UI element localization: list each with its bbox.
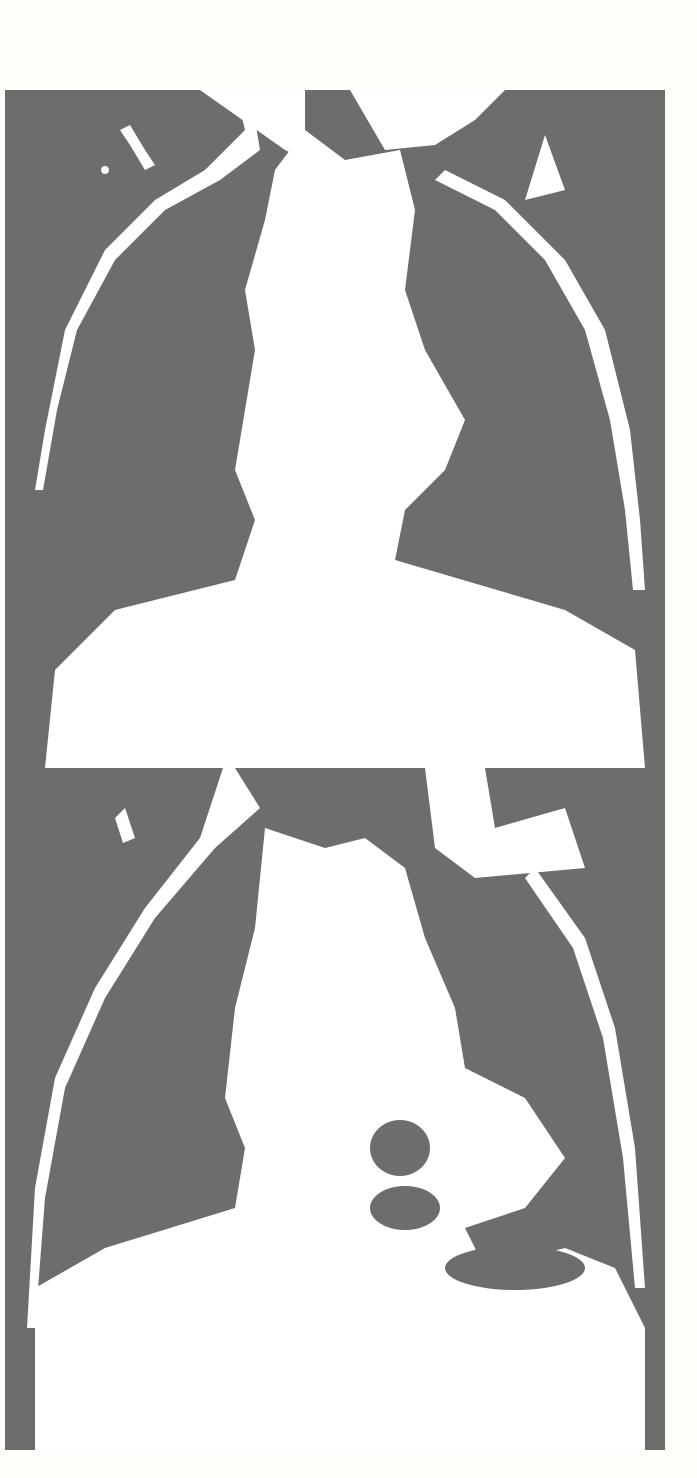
xray-top-image <box>5 90 665 768</box>
xray-bottom-image <box>5 768 665 1450</box>
chest-xray-bottom <box>5 768 665 1450</box>
chest-xray-top <box>5 90 665 768</box>
